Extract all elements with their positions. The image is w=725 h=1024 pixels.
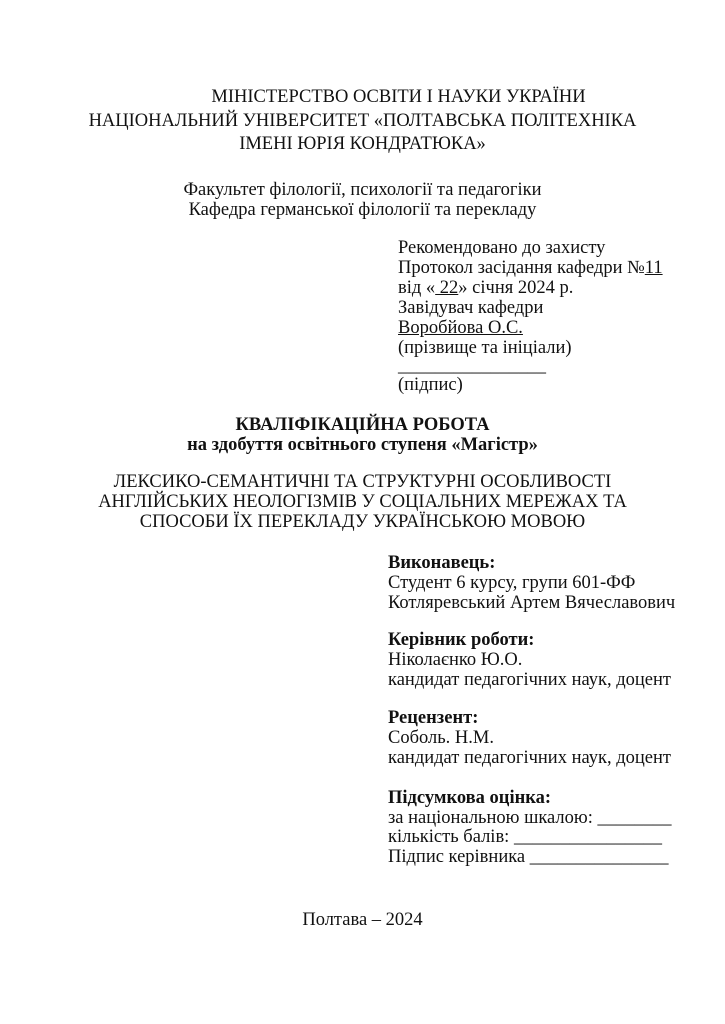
topic-line-1: ЛЕКСИКО-СЕМАНТИЧНІ ТА СТРУКТУРНІ ОСОБЛИВ… [0,471,725,493]
date-suffix: » січня 2024 р. [458,278,573,298]
protocol-prefix: Протокол засідання кафедри № [398,258,645,278]
ministry-heading: МІНІСТЕРСТВО ОСВІТИ І НАУКИ УКРАЇНИ [0,86,725,108]
head-label: Завідувач кафедри [398,297,543,319]
assessment-signature: Підпис керівника _______________ [388,846,669,868]
date-prefix: від « [398,278,435,298]
performer-name: Котляревський Артем Вячеславович [388,592,675,614]
assessment-points: кількість балів: ________________ [388,826,662,848]
topic-line-2: АНГЛІЙСЬКИХ НЕОЛОГІЗМІВ У СОЦІАЛЬНИХ МЕР… [0,491,725,513]
reviewer-label: Рецензент: [388,707,478,729]
topic-line-3: СПОСОБИ ЇХ ПЕРЕКЛАДУ УКРАЇНСЬКОЮ МОВОЮ [0,511,725,533]
supervisor-label: Керівник роботи: [388,629,534,651]
department-name: Кафедра германської філології та перекла… [0,199,725,221]
protocol-number: 11 [645,258,663,278]
work-type-title: КВАЛІФІКАЦІЙНА РОБОТА [0,414,725,436]
recommended-text: Рекомендовано до захисту [398,237,605,259]
university-line-1: НАЦІОНАЛЬНИЙ УНІВЕРСИТЕТ «ПОЛТАВСЬКА ПОЛ… [0,110,725,132]
reviewer-title: кандидат педагогічних наук, доцент [388,747,671,769]
university-line-2: ІМЕНІ ЮРІЯ КОНДРАТЮКА» [0,133,725,155]
place-year: Полтава – 2024 [0,909,725,931]
date-day: 22 [435,278,458,298]
performer-label: Виконавець: [388,552,495,574]
performer-group: Студент 6 курсу, групи 601-ФФ [388,572,635,594]
assessment-label: Підсумкова оцінка: [388,787,551,809]
supervisor-title: кандидат педагогічних наук, доцент [388,669,671,691]
degree-subtitle: на здобуття освітнього ступеня «Магістр» [0,434,725,456]
protocol-date: від « 22» січня 2024 р. [398,277,573,299]
signature-hint: (підпис) [398,374,463,396]
supervisor-name: Ніколаєнко Ю.О. [388,649,522,671]
document-page: МІНІСТЕРСТВО ОСВІТИ І НАУКИ УКРАЇНИ НАЦІ… [0,0,725,1024]
head-name: Воробйова О.С. [398,317,523,339]
reviewer-name: Соболь. Н.М. [388,727,494,749]
protocol-line: Протокол засідання кафедри №11 [398,257,663,279]
faculty-name: Факультет філології, психології та педаг… [0,179,725,201]
